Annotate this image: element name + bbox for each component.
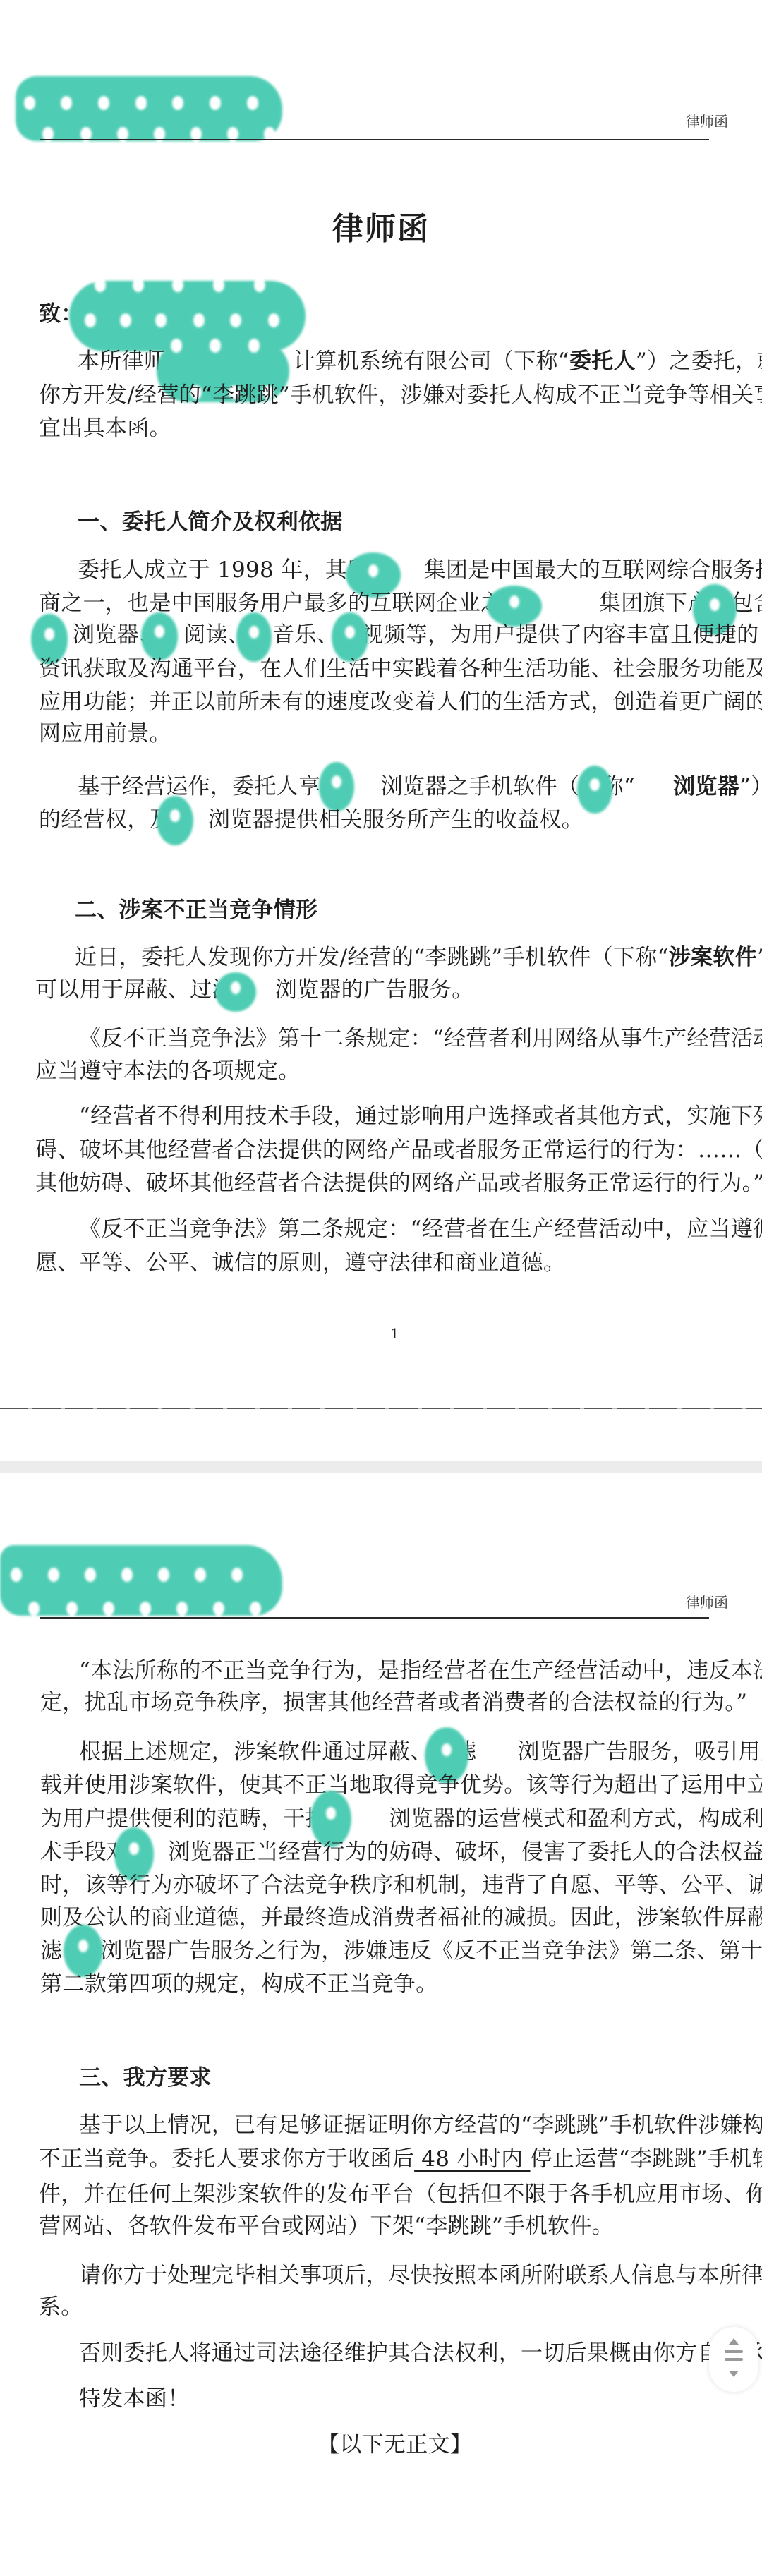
- s2-p3-line-1: “经营者不得利用技术手段，通过影响用户选择或者其他方式，实施下列妨: [79, 1102, 762, 1130]
- redacted-product-3: [141, 612, 178, 660]
- section-2-heading: 二、涉案不正当竞争情形: [75, 896, 317, 924]
- s3-p1-line-4: 营网站、各软件发布平台或网站）下架“李跳跳”手机软件。: [39, 2212, 614, 2240]
- deadline-48h: 48 小时内: [414, 2146, 530, 2172]
- page-number: 1: [390, 1325, 399, 1342]
- intro-line-3: 宜出具本函。: [39, 414, 171, 442]
- header-label-2: 律师函: [686, 1591, 728, 1611]
- s2-p1-line-1: 近日，委托人发现你方开发/经营的“李跳跳”手机软件（下称“涉案软件”），: [75, 943, 762, 972]
- scroll-widget[interactable]: [709, 2327, 758, 2392]
- s2-p2-line-2: 应当遵守本法的各项规定。: [35, 1057, 301, 1085]
- redacted-browser-3: [157, 796, 193, 845]
- end-mark: 【以下无正文】: [317, 2431, 472, 2459]
- header-rule: [40, 139, 709, 140]
- analysis-line-2: 载并使用涉案软件，使其不正当地取得竞争优势。该等行为超出了运用中立技术: [40, 1771, 762, 1799]
- s1-p1-line-5: 应用功能；并正以前所未有的速度改变着人们的生活方式，创造着更广阔的互联: [39, 688, 762, 716]
- header-label: 律师函: [686, 110, 728, 131]
- intro-line-2: 你方开发/经营的“李跳跳”手机软件，涉嫌对委托人构成不正当竞争等相关事: [39, 381, 762, 409]
- s1-p1-line-6: 网应用前景。: [39, 720, 171, 748]
- section-1-heading: 一、委托人简介及权利依据: [78, 508, 343, 536]
- redacted-browser-1: [319, 762, 354, 811]
- s2-p4-line-1: 《反不正当竞争法》第二条规定：“经营者在生产经营活动中，应当遵循自: [79, 1215, 762, 1243]
- page-gap: [0, 1461, 762, 1473]
- quote-line-2: 定，扰乱市场竞争秩序，损害其他经营者或者消费者的合法权益的行为。”: [40, 1688, 747, 1717]
- s1-p1-line-4: 资讯获取及沟通平台，在人们生活中实践着各种生活功能、社会服务功能及商务: [39, 655, 762, 683]
- redacted-browser-4: [215, 972, 256, 1012]
- s2-p4-line-2: 愿、平等、公平、诚信的原则，遵守法律和商业道德。: [35, 1249, 565, 1277]
- scroll-handle-icon[interactable]: [725, 2358, 743, 2361]
- scroll-down-icon[interactable]: [729, 2371, 739, 2377]
- s3-p1-line-3: 件，并在任何上架涉案软件的发布平台（包括但不限于各手机应用市场、你方自: [39, 2180, 762, 2208]
- section-3-heading: 三、我方要求: [79, 2064, 212, 2092]
- s2-p3-line-3: 其他妨碍、破坏其他经营者合法提供的网络产品或者服务正常运行的行为。”: [35, 1169, 762, 1197]
- s1-p1-line-1: 委托人成立于 1998 年，其所属集团是中国最大的互联网综合服务提供: [78, 556, 762, 584]
- scroll-up-icon[interactable]: [729, 2338, 739, 2345]
- s3-p1-line-1: 基于以上情况，已有足够证据证明你方经营的“李跳跳”手机软件涉嫌构成: [79, 2111, 762, 2139]
- analysis-line-7: 滤浏览器广告服务之行为，涉嫌违反《反不正当竞争法》第二条、第十二条: [40, 1937, 762, 1965]
- analysis-line-5: 时，该等行为亦破坏了合法竞争秩序和机制，违背了自愿、平等、公平、诚信原: [40, 1871, 762, 1899]
- browser-term: 浏览器: [673, 774, 739, 799]
- page-bottom-edge: [0, 1408, 762, 1409]
- s1-p1-line-2: 商之一，也是中国服务用户最多的互联网企业之一。集团旗下产品包含: [39, 589, 762, 617]
- s2-p2-line-1: 《反不正当竞争法》第十二条规定：“经营者利用网络从事生产经营活动，: [79, 1024, 762, 1053]
- analysis-line-6: 则及公认的商业道德，并最终造成消费者福祉的减损。因此，涉案软件屏蔽、过: [40, 1904, 762, 1932]
- s3-p1-line-2: 不正当竞争。委托人要求你方于收函后 48 小时内 停止运营“李跳跳”手机软: [39, 2145, 762, 2173]
- s3-p2-line-1: 请你方于处理完毕相关事项后，尽快按照本函所附联系人信息与本所律师联: [79, 2261, 762, 2290]
- page-title: 律师函: [0, 203, 762, 248]
- redacted-logo-2: [0, 1545, 282, 1616]
- redacted-browser-8: [64, 1925, 103, 1977]
- case-software-term: 涉案软件: [669, 945, 757, 970]
- header-rule-2: [40, 1617, 709, 1619]
- closing: 特发本函！: [79, 2385, 190, 2413]
- analysis-line-8: 第二款第四项的规定，构成不正当竞争。: [40, 1970, 437, 1998]
- s1-p2-line-2: 的经营权，及浏览器提供相关服务所产生的收益权。: [39, 806, 583, 834]
- analysis-line-3: 为用户提供便利的范畴，干扰了浏览器的运营模式和盈利方式，构成利用技: [40, 1805, 762, 1833]
- s2-p3-line-2: 碍、破坏其他经营者合法提供的网络产品或者服务正常运行的行为：……（四）: [35, 1136, 762, 1164]
- redacted-logo: [16, 76, 282, 141]
- s3-p3: 否则委托人将通过司法途径维护其合法权利，一切后果概由你方自行承担: [79, 2339, 762, 2367]
- quote-line-1: “本法所称的不正当竞争行为，是指经营者在生产经营活动中，违反本法规: [79, 1657, 762, 1685]
- s3-p2-line-2: 系。: [39, 2293, 83, 2321]
- analysis-line-1: 根据上述规定，涉案软件通过屏蔽、过滤浏览器广告服务，吸引用户下: [79, 1738, 762, 1766]
- client-term: 委托人: [569, 349, 636, 374]
- scroll-handle-icon[interactable]: [725, 2350, 743, 2353]
